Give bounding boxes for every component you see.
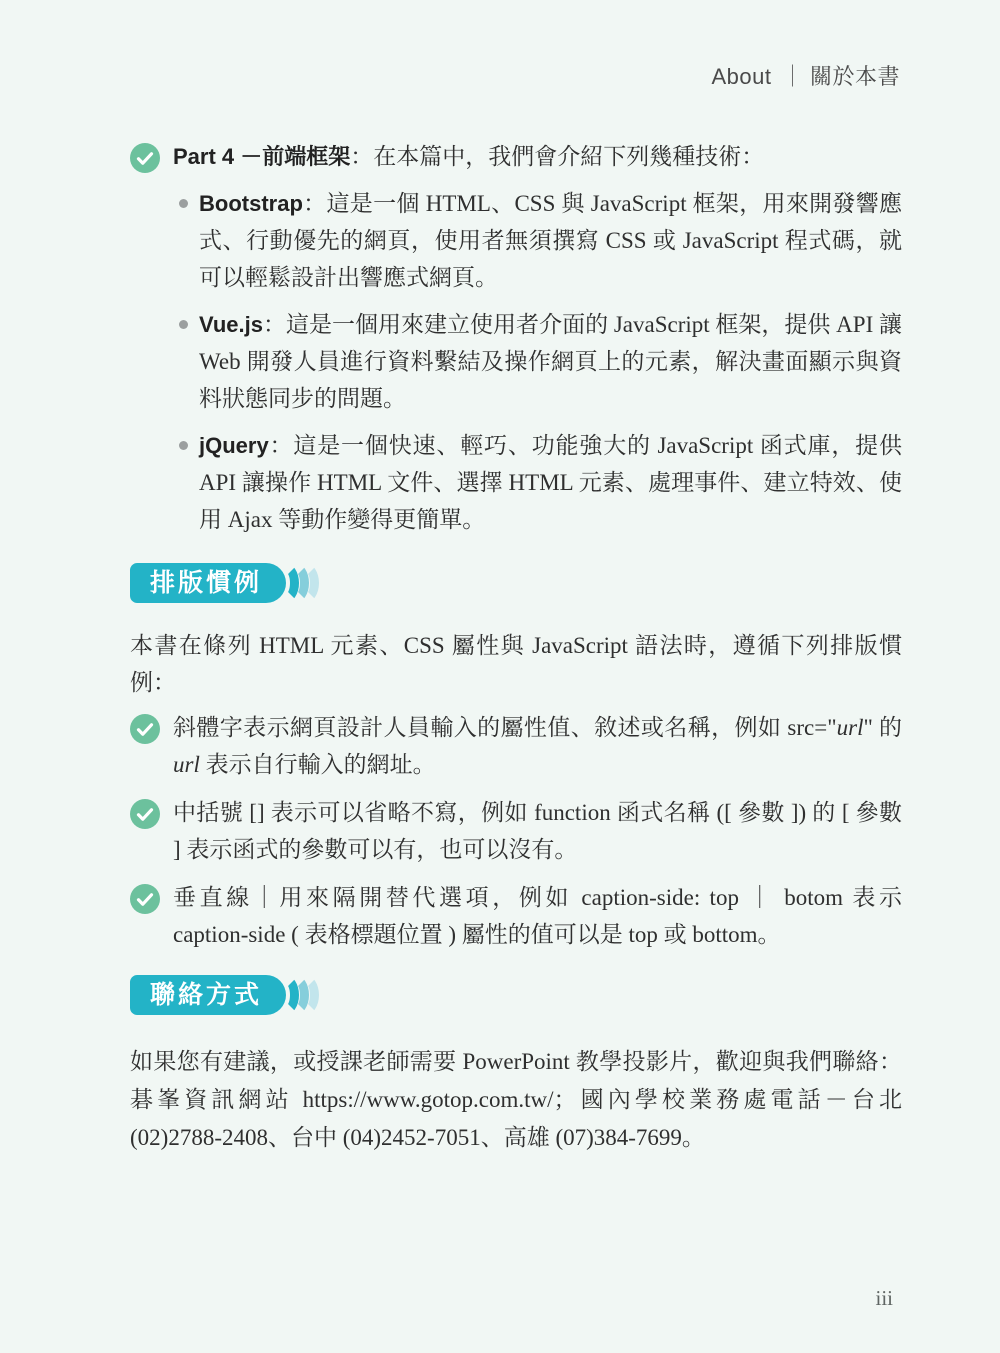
check-icon <box>130 143 160 173</box>
part4-heading-row: Part 4 －前端框架：在本篇中，我們會介紹下列幾種技術： <box>130 138 902 175</box>
framework-term: jQuery <box>199 433 269 458</box>
check-icon <box>130 799 160 829</box>
part4-heading: Part 4 －前端框架：在本篇中，我們會介紹下列幾種技術： <box>173 138 902 175</box>
page-content: Part 4 －前端框架：在本篇中，我們會介紹下列幾種技術： Bootstrap… <box>130 0 902 1157</box>
part4-heading-rest: ：在本篇中，我們會介紹下列幾種技術： <box>350 144 764 169</box>
book-page: About｜關於本書 Part 4 －前端框架：在本篇中，我們會介紹下列幾種技術… <box>0 0 1000 1353</box>
framework-item-bootstrap: Bootstrap：這是一個 HTML、CSS 與 JavaScript 框架，… <box>179 185 902 296</box>
convention-text: 垂直線｜用來隔開替代選項，例如 caption-side: top ｜ boto… <box>173 879 902 953</box>
check-icon <box>130 884 160 914</box>
framework-desc: ：這是一個快速、輕巧、功能強大的 JavaScript 函式庫，提供 API 讓… <box>199 433 902 532</box>
framework-item-text: Bootstrap：這是一個 HTML、CSS 與 JavaScript 框架，… <box>199 185 902 296</box>
convention-italic-term: url <box>173 752 200 777</box>
convention-text: 斜體字表示網頁設計人員輸入的屬性值、敘述或名稱，例如 src="url" 的 u… <box>173 709 902 783</box>
framework-desc: ：這是一個 HTML、CSS 與 JavaScript 框架，用來開發響應式、行… <box>199 191 902 290</box>
page-number: iii <box>875 1286 893 1311</box>
contact-badge-label: 聯絡方式 <box>130 975 286 1015</box>
contact-text: 如果您有建議，或授課老師需要 PowerPoint 教學投影片，歡迎與我們聯絡：… <box>130 1043 902 1157</box>
convention-item-italics: 斜體字表示網頁設計人員輸入的屬性值、敘述或名稱，例如 src="url" 的 u… <box>130 709 902 783</box>
check-icon <box>130 714 160 744</box>
framework-term: Vue.js <box>199 312 263 337</box>
conventions-intro: 本書在條列 HTML 元素、CSS 屬性與 JavaScript 語法時，遵循下… <box>130 627 902 701</box>
convention-italic-term: url <box>837 715 864 740</box>
section-badge-contact: 聯絡方式 <box>130 974 902 1016</box>
framework-item-text: Vue.js：這是一個用來建立使用者介面的 JavaScript 框架，提供 A… <box>199 306 902 417</box>
part4-heading-bold: Part 4 －前端框架 <box>173 144 350 169</box>
convention-text-part: 斜體字表示網頁設計人員輸入的屬性值、敘述或名稱，例如 src=" <box>173 715 837 740</box>
framework-item-vuejs: Vue.js：這是一個用來建立使用者介面的 JavaScript 框架，提供 A… <box>179 306 902 417</box>
conventions-badge-label: 排版慣例 <box>130 563 286 603</box>
convention-text: 中括號 [] 表示可以省略不寫，例如 function 函式名稱 ([ 參數 ]… <box>173 794 902 868</box>
bullet-dot-icon <box>179 199 188 208</box>
framework-desc: ：這是一個用來建立使用者介面的 JavaScript 框架，提供 API 讓 W… <box>199 312 902 411</box>
bullet-dot-icon <box>179 441 188 450</box>
convention-text-part: " 的 <box>863 715 902 740</box>
framework-item-jquery: jQuery：這是一個快速、輕巧、功能強大的 JavaScript 函式庫，提供… <box>179 427 902 538</box>
convention-item-brackets: 中括號 [] 表示可以省略不寫，例如 function 函式名稱 ([ 參數 ]… <box>130 794 902 868</box>
section-badge-conventions: 排版慣例 <box>130 562 902 604</box>
convention-text-part: 表示自行輸入的網址。 <box>200 752 436 777</box>
bullet-dot-icon <box>179 320 188 329</box>
framework-term: Bootstrap <box>199 191 303 216</box>
framework-item-text: jQuery：這是一個快速、輕巧、功能強大的 JavaScript 函式庫，提供… <box>199 427 902 538</box>
convention-item-vertical-bar: 垂直線｜用來隔開替代選項，例如 caption-side: top ｜ boto… <box>130 879 902 953</box>
